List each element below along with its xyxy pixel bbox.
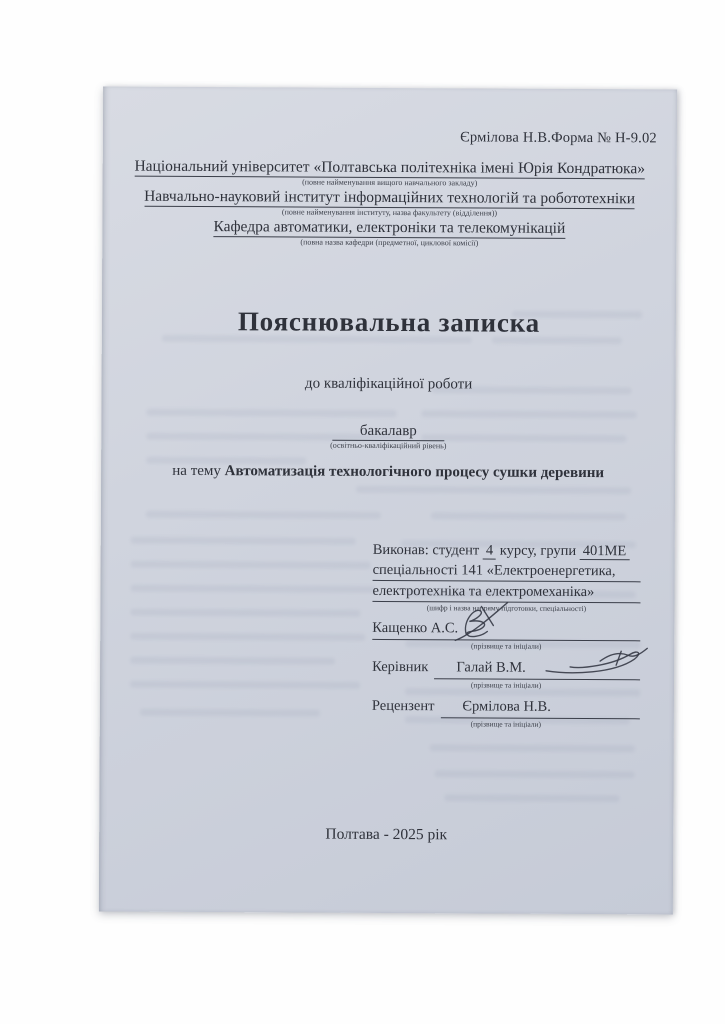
- photo-background: Єрмілова Н.В.Форма № Н-9.02 Національний…: [0, 0, 725, 1024]
- executor-line1-mid: курсу, групи: [496, 543, 580, 559]
- page-title: Пояснювальна записка: [102, 305, 676, 339]
- bleed-through-line: [140, 709, 320, 717]
- executor-line1-pre: Виконав: студент: [373, 542, 483, 559]
- bleed-through-line: [435, 770, 635, 778]
- supervisor-caption: (прізвище та ініціали): [372, 680, 640, 691]
- bleed-through-line: [431, 512, 626, 520]
- page-subtitle: до кваліфікаційної роботи: [102, 374, 676, 394]
- speciality-line-1: спеціальності 141 «Електроенергетика,: [373, 560, 641, 582]
- supervisor-label: Керівник: [372, 655, 428, 679]
- department-name-text: Кафедра автоматики, електроніки та телек…: [213, 218, 565, 239]
- bleed-through-line: [130, 633, 365, 641]
- institute-name: Навчально-науковий інститут інформаційни…: [103, 187, 677, 209]
- degree-line: бакалавр: [101, 420, 675, 441]
- document-header: Національний університет «Полтавська пол…: [102, 157, 676, 250]
- student-signature: [450, 598, 510, 644]
- supervisor-line: Галай В.М.: [434, 655, 640, 680]
- group-number: 401МЕ: [580, 543, 630, 560]
- bleed-through-line: [430, 744, 635, 752]
- bleed-through-line: [356, 486, 631, 494]
- bleed-through-line: [130, 609, 360, 617]
- reviewer-name: Єрмілова Н.В.: [462, 698, 550, 714]
- executor-line-1: Виконав: студент 4 курсу, групи 401МЕ: [373, 540, 641, 561]
- executor-block: Виконав: студент 4 курсу, групи 401МЕ сп…: [372, 540, 641, 730]
- bleed-through-line: [130, 657, 335, 665]
- supervisor-signature: [542, 644, 650, 679]
- bleed-through-line: [146, 409, 396, 417]
- student-name: Кащенко А.С.: [372, 620, 458, 636]
- city-year-line: Полтава - 2025 рік: [99, 824, 673, 845]
- reviewer-row: Рецензент Єрмілова Н.В.: [372, 694, 640, 719]
- topic-line: на тему Автоматизація технологічного про…: [101, 462, 675, 482]
- supervisor-name: Галай В.М.: [456, 659, 526, 675]
- bleed-through-line: [130, 681, 360, 689]
- reviewer-label: Рецензент: [372, 694, 435, 718]
- bleed-through-line: [131, 585, 376, 593]
- reviewer-caption: (прізвище та ініціали): [372, 719, 640, 730]
- topic-prefix: на тему: [172, 463, 224, 479]
- bleed-through-line: [131, 561, 371, 569]
- reviewer-line: Єрмілова Н.В.: [440, 694, 640, 719]
- university-name: Національний університет «Полтавська пол…: [103, 157, 677, 179]
- bleed-through-line: [444, 794, 619, 802]
- bleed-through-line: [421, 410, 636, 418]
- topic-value: Автоматизація технологічного процесу суш…: [225, 463, 604, 481]
- form-number-line: Єрмілова Н.В.Форма № Н-9.02: [460, 129, 657, 147]
- student-signature-row: Кащенко А.С.: [372, 616, 640, 641]
- bleed-through-line: [146, 511, 381, 519]
- degree-value: бакалавр: [332, 423, 445, 442]
- document-page: Єрмілова Н.В.Форма № Н-9.02 Національний…: [99, 87, 677, 915]
- bleed-through-line: [131, 537, 356, 545]
- course-number: 4: [483, 542, 496, 559]
- supervisor-row: Керівник Галай В.М.: [372, 655, 640, 680]
